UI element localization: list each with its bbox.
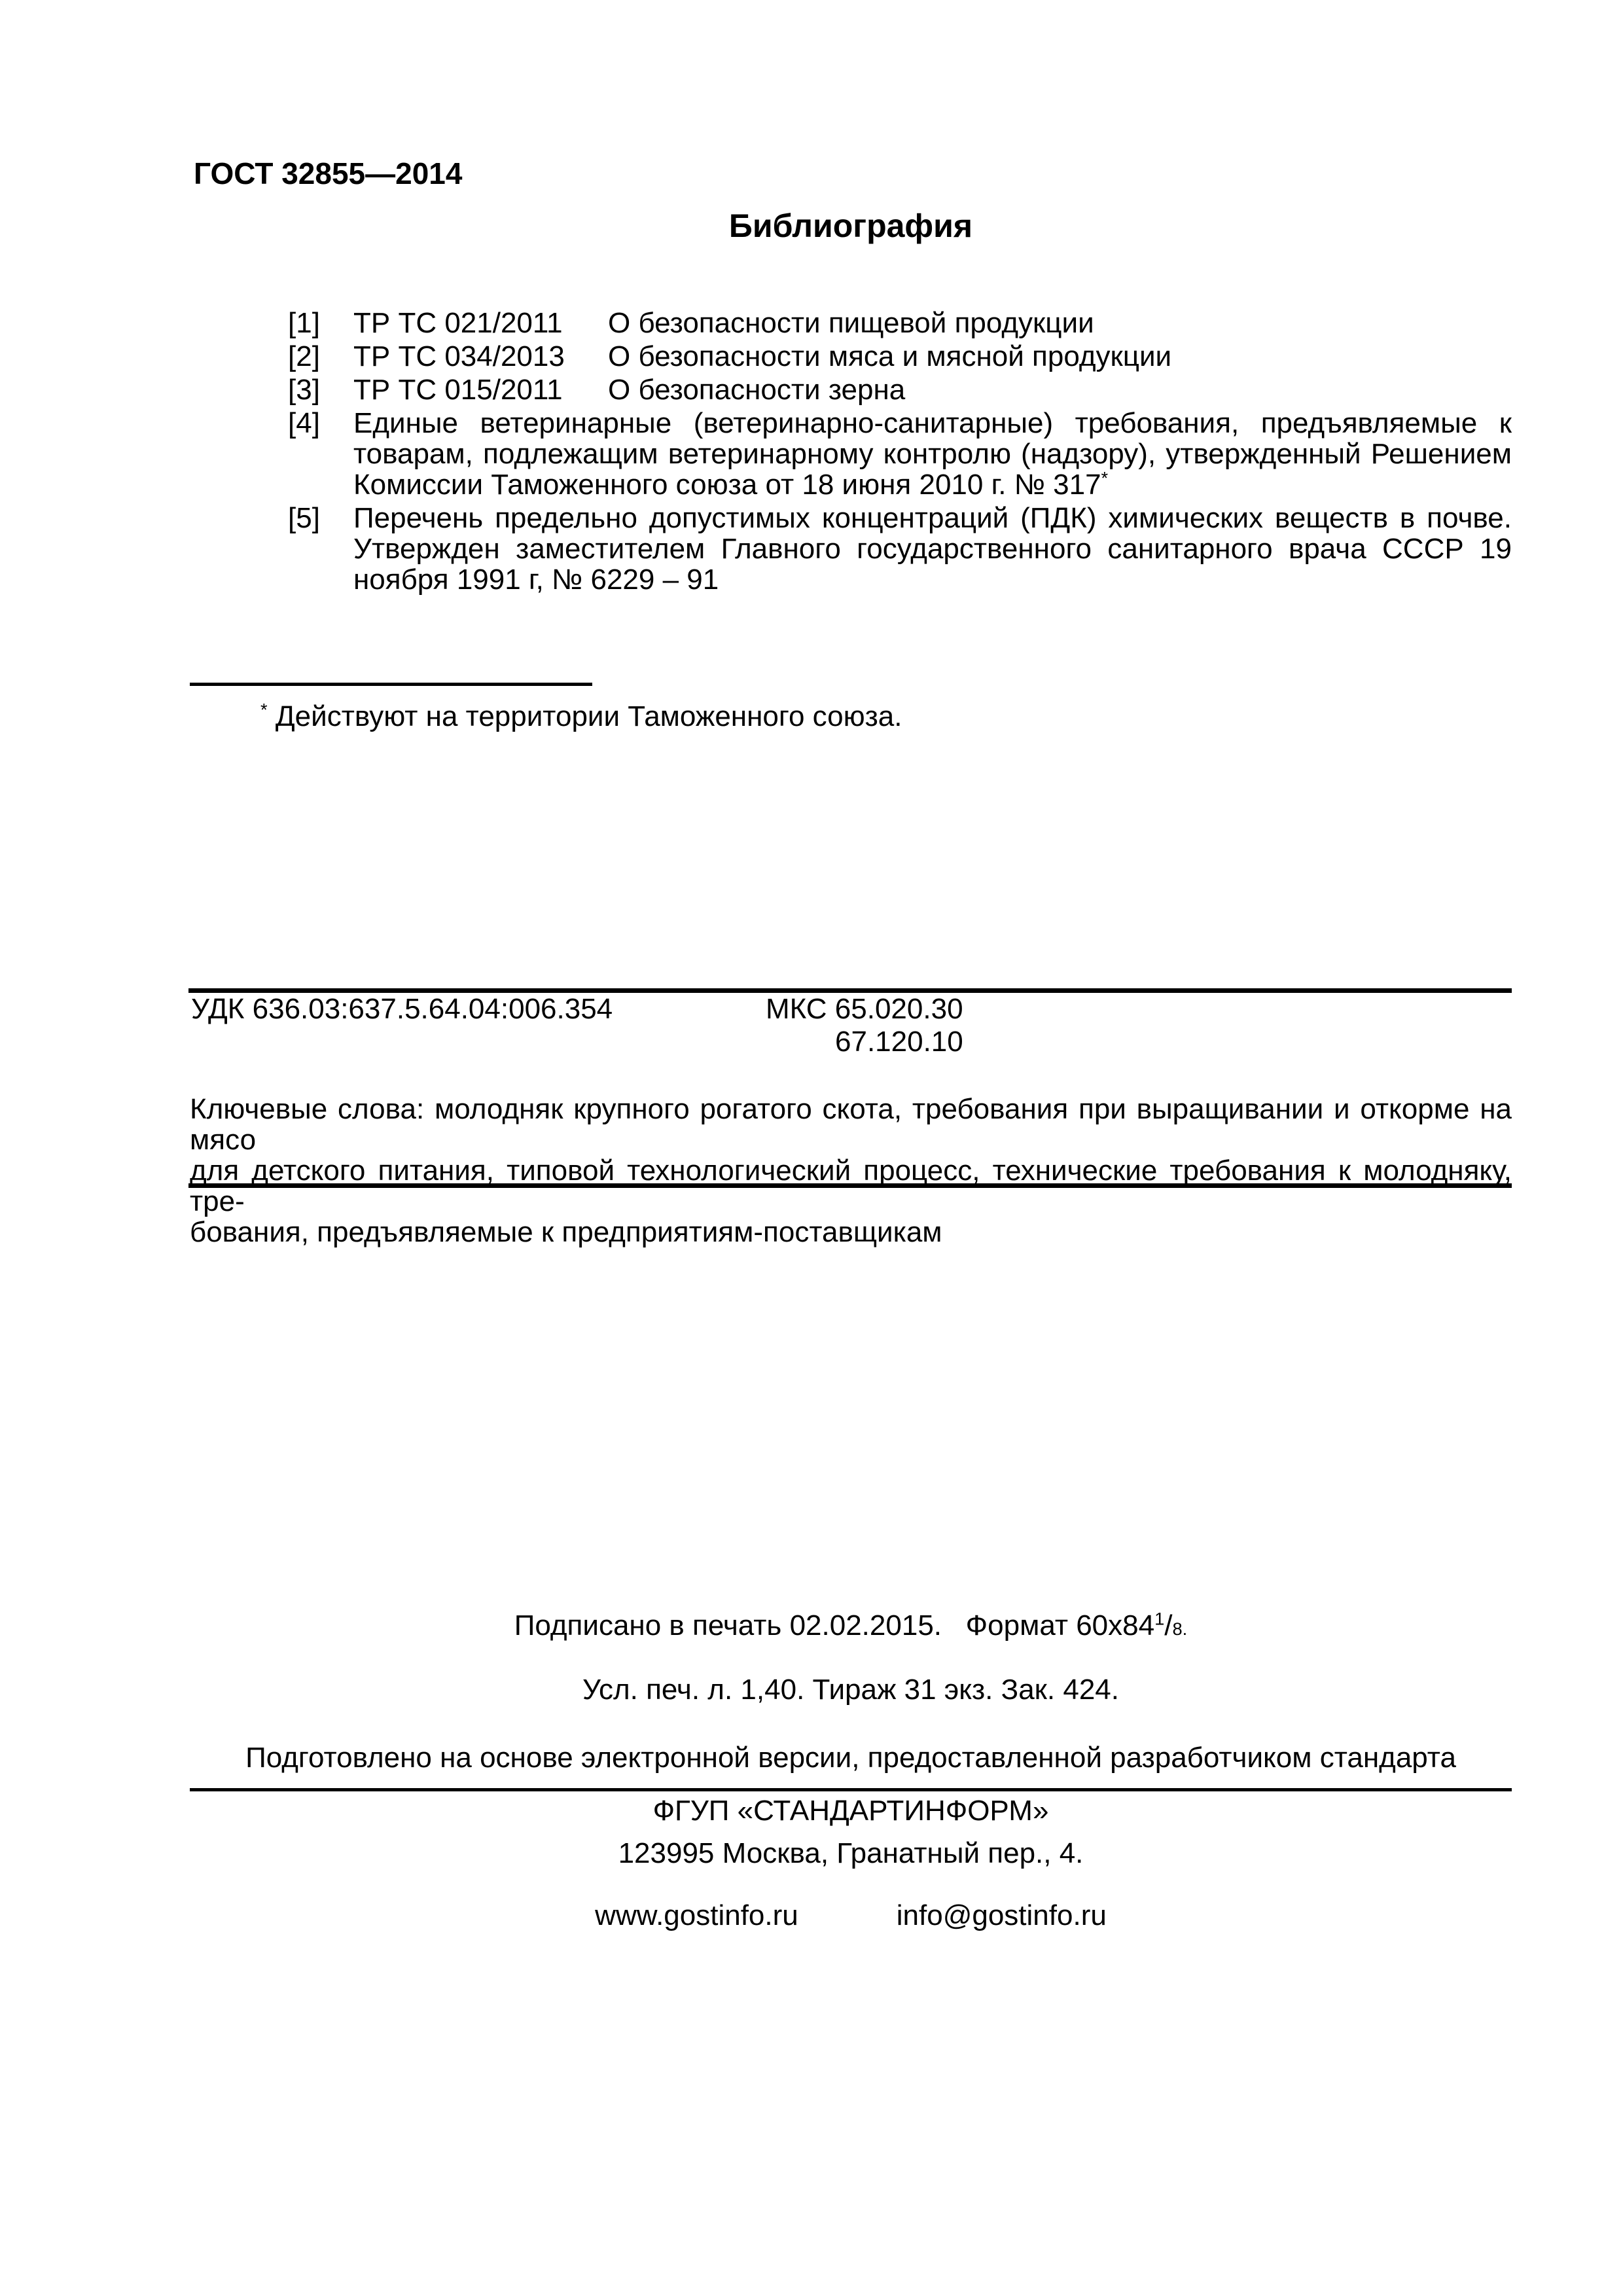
biblio-item-3: [3] ТР ТС 015/2011О безопасности зерна [288,374,1512,405]
imprint-prepared-line: Подготовлено на основе электронной верси… [190,1742,1512,1774]
item-text-line: Перечень предельно допустимых концентрац… [353,503,1512,533]
keywords-bottom-rule [188,1183,1512,1188]
item-description: О безопасности мяса и мясной продукции [608,340,1171,372]
item-content: ТР ТС 021/2011О безопасности пищевой про… [353,308,1512,338]
item-label: ТР ТС 015/2011 [353,374,608,405]
item-text-line: Комиссии Таможенного союза от 18 июня 20… [353,469,1512,500]
mks-code-secondary: 67.120.10 [835,1026,963,1057]
item-text-line: Единые ветеринарные (ветеринарно-санитар… [353,408,1512,439]
item-number: [5] [288,503,353,595]
footnote-text: Действуют на территории Таможенного союз… [268,700,902,732]
item-content: Единые ветеринарные (ветеринарно-санитар… [353,408,1512,500]
format-fraction-denominator: 8. [1173,1619,1188,1639]
biblio-item-4: [4] Единые ветеринарные (ветеринарно-сан… [288,408,1512,500]
format-fraction-numerator: 1 [1154,1608,1164,1628]
signed-text: Подписано в печать 02.02.2015. Формат 60… [514,1609,1154,1641]
item-text-line: Утвержден заместителем Главного государс… [353,533,1512,564]
item-label: ТР ТС 021/2011 [353,308,608,338]
item-content: ТР ТС 034/2013О безопасности мяса и мясн… [353,341,1512,372]
item-number: [1] [288,308,353,338]
footnote-reference-marker: * [1101,467,1109,488]
item-content: Перечень предельно допустимых концентрац… [353,503,1512,595]
publisher-website: www.gostinfo.ru [595,1899,798,1932]
item-description: О безопасности пищевой продукции [608,307,1094,339]
footnote-marker: * [260,699,268,719]
udk-code: УДК 636.03:637.5.64.04:006.354 [191,994,613,1024]
item-text-line: товарам, подлежащим ветеринарному контро… [353,439,1512,469]
item-description: О безопасности зерна [608,374,905,406]
keywords-line: Ключевые слова: молодняк крупного рогато… [190,1094,1512,1155]
imprint-signed-line: Подписано в печать 02.02.2015. Формат 60… [190,1609,1512,1642]
item-text: Комиссии Таможенного союза от 18 июня 20… [353,469,1101,501]
doc-code: ГОСТ 32855—2014 [194,157,462,190]
keywords-line: бования, предъявляемые к предприятиям-по… [190,1217,1512,1247]
imprint-press-line: Усл. печ. л. 1,40. Тираж 31 экз. Зак. 42… [190,1674,1512,1706]
publisher-contacts: www.gostinfo.ru info@gostinfo.ru [190,1899,1512,1932]
publisher-separator-rule [190,1788,1512,1791]
item-number: [4] [288,408,353,500]
footnote-separator-rule [190,683,592,686]
item-text-line: ноября 1991 г, № 6229 – 91 [353,564,1512,595]
mks-code: МКС 65.020.30 [766,994,963,1024]
biblio-item-5: [5] Перечень предельно допустимых концен… [288,503,1512,595]
item-label: ТР ТС 034/2013 [353,341,608,372]
publisher-address: 123995 Москва, Гранатный пер., 4. [190,1837,1512,1870]
bibliography-list: [1] ТР ТС 021/2011О безопасности пищевой… [288,308,1512,598]
keywords-paragraph: Ключевые слова: молодняк крупного рогато… [190,1094,1512,1247]
publisher-email: info@gostinfo.ru [897,1899,1107,1932]
document-page: ГОСТ 32855—2014 Библиография [1] ТР ТС 0… [0,0,1623,2296]
item-content: ТР ТС 015/2011О безопасности зерна [353,374,1512,405]
item-number: [2] [288,341,353,372]
page-title: Библиография [190,208,1512,244]
footnote: * Действуют на территории Таможенного со… [190,701,1512,732]
format-fraction-slash: / [1164,1609,1172,1641]
biblio-item-1: [1] ТР ТС 021/2011О безопасности пищевой… [288,308,1512,338]
classification-top-rule [188,988,1512,993]
item-number: [3] [288,374,353,405]
biblio-item-2: [2] ТР ТС 034/2013О безопасности мяса и … [288,341,1512,372]
publisher-name: ФГУП «СТАНДАРТИНФОРМ» [190,1795,1512,1827]
